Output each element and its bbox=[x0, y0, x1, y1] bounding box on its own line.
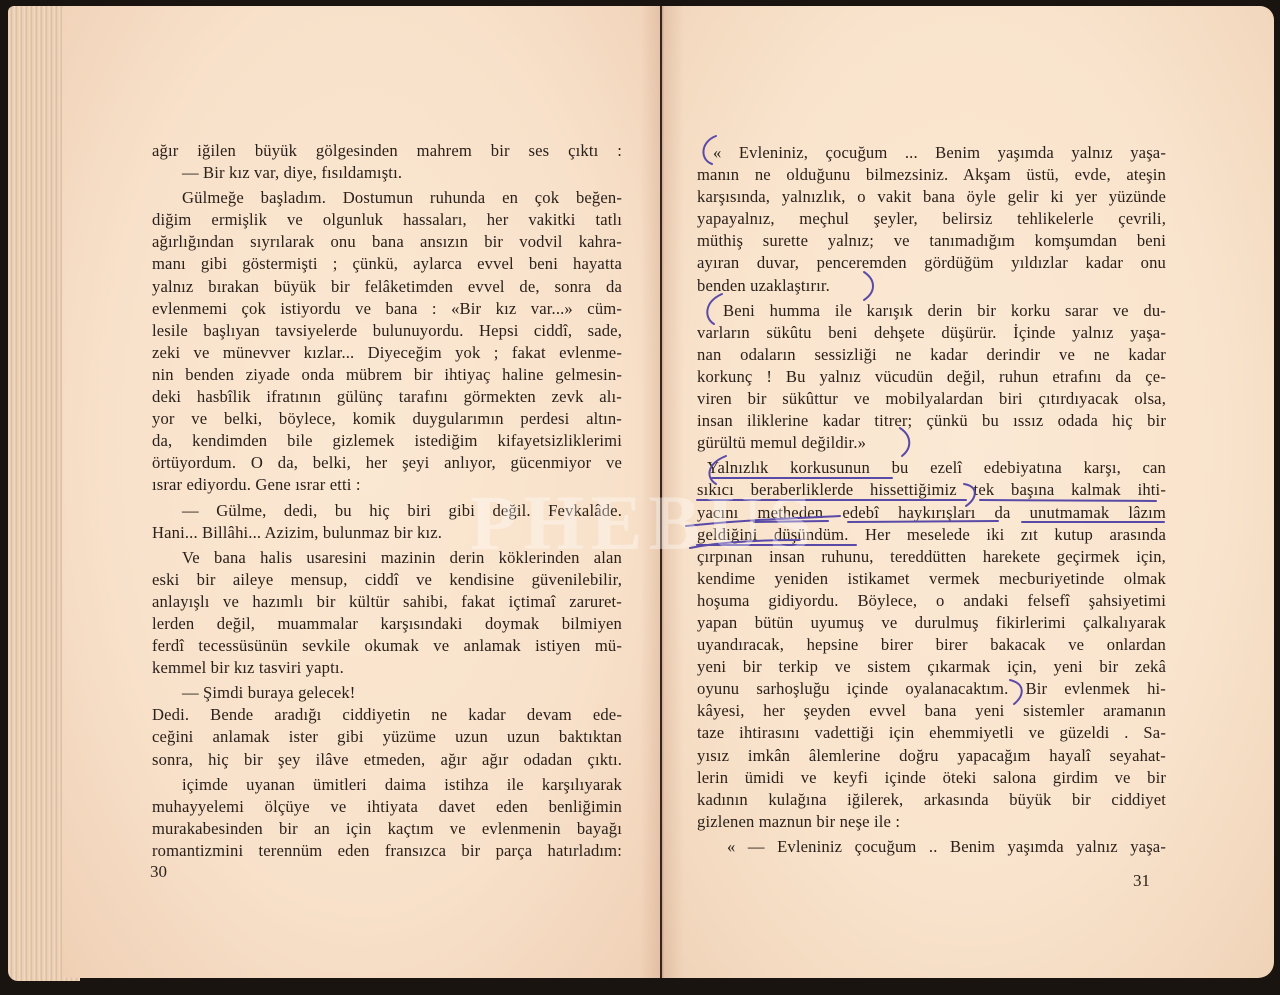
text-line: korkunç ! Bu yalnız vücudün değil, ruhun… bbox=[697, 366, 1166, 388]
left-page-text: ağır iğilen büyük gölgesinden mahrem bir… bbox=[152, 140, 622, 862]
text-line: yor ve belki, böylece, komik duygularımı… bbox=[152, 408, 622, 430]
text-line: Beni humma ile karışık derin bir korku s… bbox=[697, 300, 1166, 322]
text-line: diğim ermişlik ve olgunluk hassaları, he… bbox=[152, 209, 622, 231]
text-line: muhayyelemi ölçüye ve ihtiyata davet ede… bbox=[152, 796, 622, 818]
text-line: insan iliklerine kadar titrer; çünkü bu … bbox=[697, 410, 1166, 432]
text-line: karşısında, yalnızlık, o vakit bana öyle… bbox=[697, 186, 1166, 208]
text-line: kemmel bir kız tasviri yaptı. bbox=[152, 657, 622, 679]
text-line: « Evleniniz, çocuğum ... Benim yaşımda y… bbox=[697, 142, 1166, 164]
text-line: yalnız bırakan büyük bir felâketimden ev… bbox=[152, 276, 622, 298]
text-line: manı gibi göstermişti ; çünkü, aylarca e… bbox=[152, 253, 622, 275]
text-line: içimde uyanan ümitleri daima istihza ile… bbox=[152, 774, 622, 796]
text-line: ısrar ediyordu. Gene ısrar etti : bbox=[152, 474, 622, 496]
text-line: müthiş surette yalnız; ve tanımadığım ko… bbox=[697, 230, 1166, 252]
text-line: Ve bana halis usaresini mazinin derin kö… bbox=[152, 547, 622, 569]
text-line: da, kendimden bile gizlemek istediğim ki… bbox=[152, 430, 622, 452]
text-line: taze ihtirasını vadettiği için ehemmiyet… bbox=[697, 722, 1166, 744]
text-line: yısız imkân âlemlerine doğru yapacağım h… bbox=[697, 745, 1166, 767]
text-line: kadının kulağına iğilerek, arkasında büy… bbox=[697, 789, 1166, 811]
text-line: lerden değil, muammalar karşısındaki doy… bbox=[152, 613, 622, 635]
text-line: gürültü memul değildir.» bbox=[697, 432, 1166, 454]
page-number-right: 31 bbox=[1133, 871, 1150, 891]
text-line: sıkıcı beraberliklerde hissettiğimiz tek… bbox=[697, 479, 1166, 501]
text-line: — Şimdi buraya gelecek! bbox=[152, 682, 622, 704]
text-line: ayıran duvar, penceremden gördüğüm yıldı… bbox=[697, 252, 1166, 274]
text-line: çırpınan insan ruhunu, tereddütten harek… bbox=[697, 546, 1166, 568]
text-line: manın ne olduğunu bilmezsiniz. Akşam üst… bbox=[697, 164, 1166, 186]
open-book: ağır iğilen büyük gölgesinden mahrem bir… bbox=[0, 0, 1280, 995]
text-line: ceğini anlamak ister gibi yüzüme uzun uz… bbox=[152, 726, 622, 748]
text-line: murakabesinden bir an için kaçtım ve evl… bbox=[152, 818, 622, 840]
text-line: yeni bir terkip ve sistem çıkarmak için,… bbox=[697, 656, 1166, 678]
book-gutter bbox=[640, 6, 684, 978]
text-line: viren bir sükûttur ve mobilyalardan biri… bbox=[697, 388, 1166, 410]
text-line: romantizmini terennüm eden fransızca bir… bbox=[152, 840, 622, 862]
text-line: benden uzaklaştırır. bbox=[697, 275, 1166, 297]
text-line: Dedi. Bende aradığı ciddiyetin ne kadar … bbox=[152, 704, 622, 726]
right-page-text: « Evleniniz, çocuğum ... Benim yaşımda y… bbox=[697, 142, 1166, 858]
page-number-left: 30 bbox=[150, 862, 167, 882]
text-line: evlenmemi çok istiyordu ve bana : «Bir k… bbox=[152, 298, 622, 320]
text-line: nan odaların sessizliği ne kadar derindi… bbox=[697, 344, 1166, 366]
text-line: zeki ve münevver kızlar... Diyeceğim yok… bbox=[152, 342, 622, 364]
text-line: « — Evleniniz çocuğum .. Benim yaşımda y… bbox=[697, 836, 1166, 858]
text-line: Gülmeğe başladım. Dostumun ruhunda en ço… bbox=[152, 187, 622, 209]
text-line: deki hasbîlik ifratının gülünç tarafını … bbox=[152, 386, 622, 408]
text-line: lesile başlıyan tavsiyelerde bulunuyordu… bbox=[152, 320, 622, 342]
text-line: yacını metheden edebî haykırışları da un… bbox=[697, 502, 1166, 524]
text-line: varların sükûtu beni dehşete düşürür. İç… bbox=[697, 322, 1166, 344]
text-line: Hani... Billâhi... Azizim, bulunmaz bir … bbox=[152, 522, 622, 544]
text-line: — Bir kız var, diye, fısıldamıştı. bbox=[152, 162, 622, 184]
text-line: uyandıracak, hepsine birer birer bakacak… bbox=[697, 634, 1166, 656]
text-line: eski bir aileye mensup, ciddî ve kendisi… bbox=[152, 569, 622, 591]
text-line: kâyesi, her şeyden evvel bana yeni siste… bbox=[697, 700, 1166, 722]
text-line: yapan bütün uyumuş ve durulmuş fikirleri… bbox=[697, 612, 1166, 634]
text-line: hoşuma gidiyordu. Böylece, o andaki fels… bbox=[697, 590, 1166, 612]
text-line: ağır iğilen büyük gölgesinden mahrem bir… bbox=[152, 140, 622, 162]
text-line: geldiğini düşündüm. Her meselede iki zıt… bbox=[697, 524, 1166, 546]
text-line: sonra, hiç bir şey ilâve etmeden, ağır a… bbox=[152, 749, 622, 771]
text-line: — Gülme, dedi, bu hiç biri gibi değil. F… bbox=[152, 500, 622, 522]
text-line: Yalnızlık korkusunun bu ezelî edebiyatın… bbox=[697, 457, 1166, 479]
text-line: ağırlığından sıyrılarak onu bana ansızın… bbox=[152, 231, 622, 253]
text-line: anlayışlı ve hazımlı bir kültür sahibi, … bbox=[152, 591, 622, 613]
text-line: lerin ümidi ve keyfi içinde öteki salona… bbox=[697, 767, 1166, 789]
text-line: kendime yeniden istikamet vermek mecburi… bbox=[697, 568, 1166, 590]
text-line: yapayalnız, meçhul şeyler, belirsiz tehl… bbox=[697, 208, 1166, 230]
text-line: gizlenen maznun bir neşe ile : bbox=[697, 811, 1166, 833]
text-line: nin benden ziyade onda mübrem bir ihtiya… bbox=[152, 364, 622, 386]
text-line: ferdî tecessüsünün sevkile okumak ve anl… bbox=[152, 635, 622, 657]
text-line: oyunu sarhoşluğu içinde oyalanacaktım. B… bbox=[697, 678, 1166, 700]
text-line: örtüyordum. O da, belki, her şeyi anlıyo… bbox=[152, 452, 622, 474]
